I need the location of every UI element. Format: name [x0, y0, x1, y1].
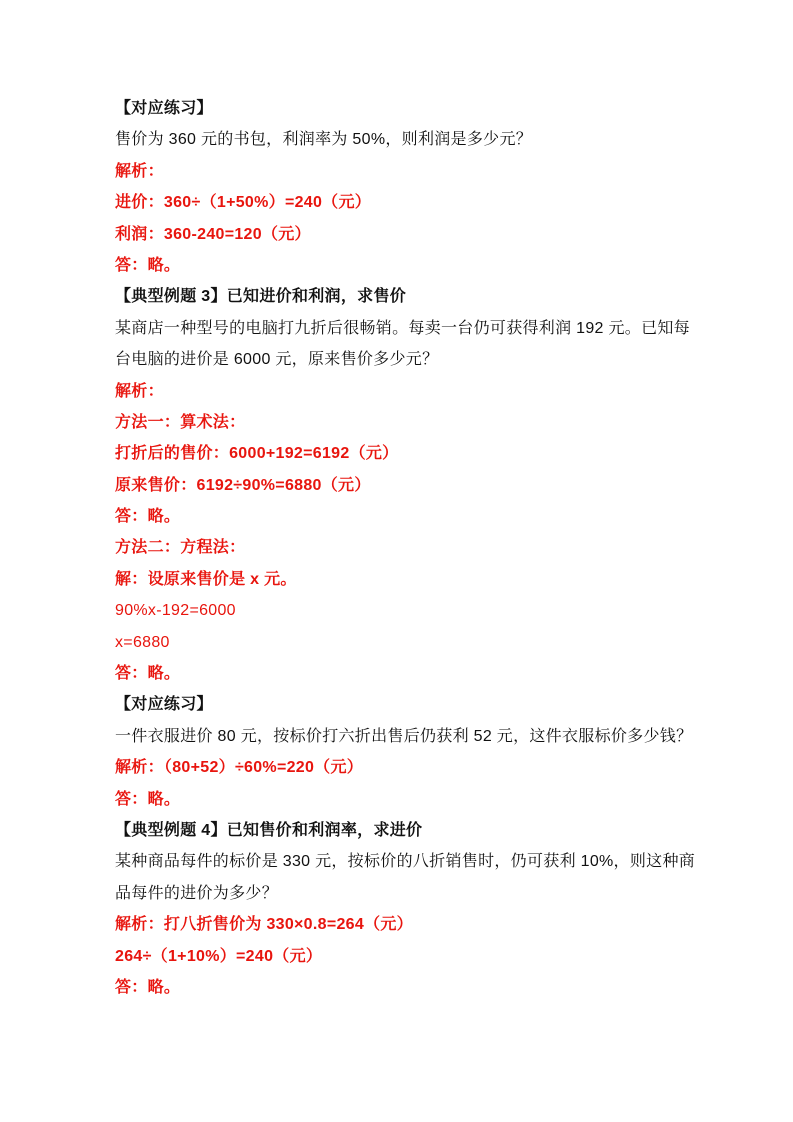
example3-method2-equation: 90%x-192=6000: [115, 595, 683, 626]
example3-method2-setup: 解：设原来售价是 x 元。: [115, 564, 683, 595]
example4-analysis: 解析：打八折售价为 330×0.8=264（元）: [115, 909, 683, 940]
example3-method2-answer: 答：略。: [115, 658, 683, 689]
practice1-step-profit: 利润：360-240=120（元）: [115, 219, 683, 250]
example4-heading: 【典型例题 4】已知售价和利润率，求进价: [115, 815, 683, 846]
example3-method2-label: 方法二：方程法：: [115, 532, 683, 563]
example3-method1-label: 方法一：算术法：: [115, 407, 683, 438]
example3-analysis-label: 解析：: [115, 376, 683, 407]
practice2-heading: 【对应练习】: [115, 689, 683, 720]
example4-answer: 答：略。: [115, 972, 683, 1003]
practice1-problem: 售价为 360 元的书包，利润率为 50%，则利润是多少元？: [115, 124, 683, 155]
example3-method2-solution: x=6880: [115, 627, 683, 658]
example3-method1-step2: 原来售价：6192÷90%=6880（元）: [115, 470, 683, 501]
practice2-answer: 答：略。: [115, 784, 683, 815]
example3-heading: 【典型例题 3】已知进价和利润，求售价: [115, 281, 683, 312]
practice1-heading: 【对应练习】: [115, 93, 683, 124]
example3-problem-line1: 某商店一种型号的电脑打九折后很畅销。每卖一台仍可获得利润 192 元。已知每: [115, 313, 683, 344]
example3-method1-answer: 答：略。: [115, 501, 683, 532]
example4-problem-line1: 某种商品每件的标价是 330 元，按标价的八折销售时，仍可获利 10%，则这种商: [115, 846, 683, 877]
example4-step2: 264÷（1+10%）=240（元）: [115, 941, 683, 972]
example4-problem-line2: 品每件的进价为多少？: [115, 878, 683, 909]
practice2-analysis: 解析：（80+52）÷60%=220（元）: [115, 752, 683, 783]
practice2-problem: 一件衣服进价 80 元，按标价打六折出售后仍获利 52 元，这件衣服标价多少钱？: [115, 721, 683, 752]
practice1-answer: 答：略。: [115, 250, 683, 281]
practice1-analysis-label: 解析：: [115, 156, 683, 187]
example3-problem-line2: 台电脑的进价是 6000 元，原来售价多少元？: [115, 344, 683, 375]
example3-method1-step1: 打折后的售价：6000+192=6192（元）: [115, 438, 683, 469]
practice1-step-cost-price: 进价：360÷（1+50%）=240（元）: [115, 187, 683, 218]
worksheet-page: 【对应练习】 售价为 360 元的书包，利润率为 50%，则利润是多少元？ 解析…: [0, 0, 793, 1122]
